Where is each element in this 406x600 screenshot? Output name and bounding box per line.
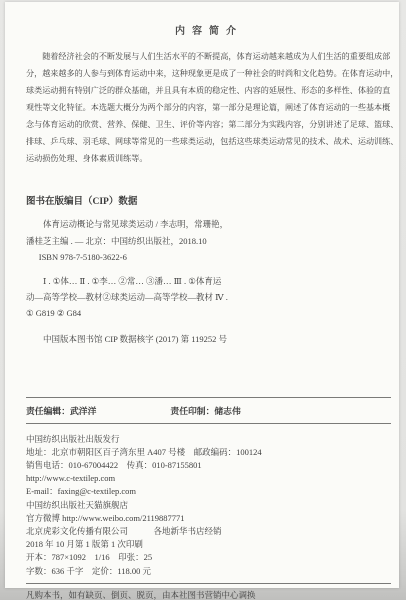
- colophon-line: 2018 年 10 月第 1 版第 1 次印刷: [26, 538, 385, 551]
- colophon-line: E-mail：faxing@c-textilep.com: [26, 485, 385, 498]
- summary-paragraph-line: 念与体育运动的欣赏、营养、保健、卫生、评价等内容；第二部分为实践内容，分别讲述了…: [26, 116, 385, 133]
- colophon-line: 地址：北京市朝阳区百子湾东里 A407 号楼 邮政编码：100124: [26, 446, 385, 459]
- summary-paragraph-line: 球类运动拥有特别广泛的群众基础，并且具有本质的稳定性、内容的延展性、形态的多样性…: [26, 82, 385, 99]
- colophon-line: 中国纺织出版社出版发行: [26, 433, 385, 446]
- credits-row: 责任编辑：武洋洋 责任印制：储志伟: [26, 398, 385, 423]
- cip-record-number: 中国版本图书馆 CIP 数据核字 (2017) 第 119252 号: [26, 331, 385, 347]
- cip-class-line-3: ① G819 ② G84: [26, 305, 385, 321]
- cip-title-authors-line: 体育运动概论与常见球类运动 / 李志明，常珊艳，: [26, 216, 385, 233]
- summary-paragraph-line: 观性等文化特征。本选题大概分为两个部分的内容，第一部分是理论篇，阐述了体育运动的…: [26, 99, 385, 116]
- summary-paragraph-line: 运动损伤处理、身体素质训练等。: [26, 150, 385, 167]
- summary-paragraph-line: 随着经济社会的不断发展与人们生活水平的不断提高，体育运动越来越成为人们生活的重要…: [26, 48, 385, 65]
- content-summary-title: 内容简介: [26, 22, 385, 37]
- responsible-printer: 责任印制：储志伟: [170, 404, 240, 417]
- cip-publisher-line: 潘桂芝主编 . — 北京：中国纺织出版社，2018.10: [26, 233, 385, 250]
- cip-book-block: 体育运动概论与常见球类运动 / 李志明，常珊艳， 潘桂芝主编 . — 北京：中国…: [26, 216, 385, 266]
- colophon-line: 字数：636 千字 定价：118.00 元: [26, 565, 385, 578]
- colophon-line: 官方微博 http://www.weibo.com/2119887771: [26, 512, 385, 525]
- divider-middle: [26, 423, 391, 424]
- colophon-line: http://www.c-textilep.com: [26, 472, 385, 485]
- colophon-block: 中国纺织出版社出版发行地址：北京市朝阳区百子湾东里 A407 号楼 邮政编码：1…: [26, 433, 385, 578]
- replacement-notice: 凡购本书，如有缺页、倒页、脱页，由本社图书营销中心调换: [26, 588, 385, 600]
- summary-paragraph-line: 排球、乒乓球、羽毛球、网球等常见的一些球类运动，包括这些球类运动常见的技术、战术…: [26, 133, 385, 150]
- copyright-page: 内容简介 随着经济社会的不断发展与人们生活水平的不断提高，体育运动越来越成为人们…: [5, 2, 399, 588]
- summary-paragraph-line: 分，越来越多的人参与到体育运动中来，这种现象更是成了一种社会的时尚和文化趋势。在…: [26, 65, 385, 82]
- cip-class-line-2: 动—高等学校—教材②球类运动—高等学校—教材 Ⅳ .: [26, 289, 385, 305]
- cip-class-line-1: Ⅰ . ①体… Ⅱ . ①李… ②常… ③潘… Ⅲ . ①体育运: [26, 273, 385, 289]
- colophon-line: 销售电话：010-67004422 传真：010-87155801: [26, 459, 385, 472]
- responsible-editor: 责任编辑：武洋洋: [26, 404, 96, 417]
- content-summary-paragraph: 随着经济社会的不断发展与人们生活水平的不断提高，体育运动越来越成为人们生活的重要…: [26, 48, 385, 167]
- cip-classification-block: Ⅰ . ①体… Ⅱ . ①李… ②常… ③潘… Ⅲ . ①体育运 动—高等学校—…: [26, 273, 385, 321]
- isbn-line: ISBN 978-7-5180-3622-6: [26, 249, 385, 266]
- colophon-line: 开本：787×1092 1/16 印张：25: [26, 551, 385, 564]
- divider-bottom: [26, 583, 391, 584]
- colophon-line: 中国纺织出版社天猫旗舰店: [26, 499, 385, 512]
- colophon-line: 北京虎彩文化传播有限公司 各地新华书店经销: [26, 525, 385, 538]
- cip-heading: 图书在版编目（CIP）数据: [26, 193, 385, 207]
